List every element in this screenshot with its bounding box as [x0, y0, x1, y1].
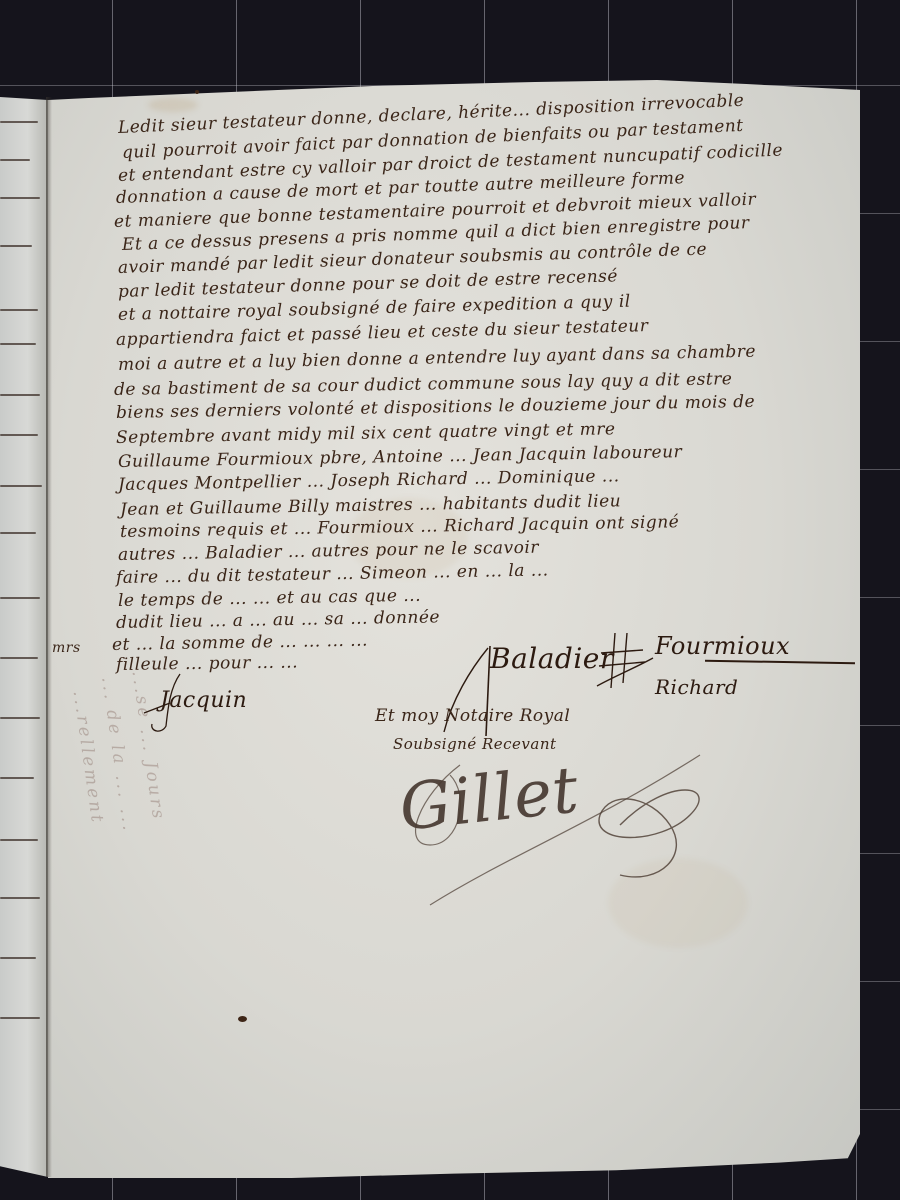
ink-spot	[195, 90, 199, 94]
margin-note: mrs	[52, 640, 81, 656]
jacquin-flourish-icon	[140, 668, 190, 738]
ink-stroke	[0, 434, 38, 436]
ink-stroke	[0, 597, 40, 599]
ink-stroke	[0, 532, 36, 534]
ink-stroke	[0, 121, 38, 123]
ink-stroke	[0, 1017, 40, 1019]
ink-stroke	[0, 343, 36, 345]
ink-stroke	[0, 394, 40, 396]
ink-stroke	[0, 197, 40, 199]
ink-stroke	[0, 957, 36, 959]
ink-stroke	[0, 309, 38, 311]
notary-paraph-flourish-icon	[390, 735, 730, 925]
ink-stroke	[0, 657, 38, 659]
ink-spot	[238, 1016, 247, 1022]
paraph-mark-icon	[595, 628, 655, 698]
facing-page-edge	[0, 97, 48, 1177]
signature-richard: Richard	[655, 675, 738, 699]
ink-stroke	[0, 897, 40, 899]
ink-stroke	[0, 159, 30, 161]
signature-fourmioux: Fourmioux	[655, 632, 790, 660]
ink-stroke	[0, 777, 34, 779]
page-fold-shadow	[46, 97, 52, 1177]
ink-stroke	[0, 717, 40, 719]
ink-stroke	[0, 839, 38, 841]
notary-clause-line-1: Et moy Notaire Royal	[375, 706, 570, 726]
paper-stain	[148, 98, 198, 112]
ink-stroke	[0, 485, 42, 487]
ink-stroke	[0, 245, 32, 247]
